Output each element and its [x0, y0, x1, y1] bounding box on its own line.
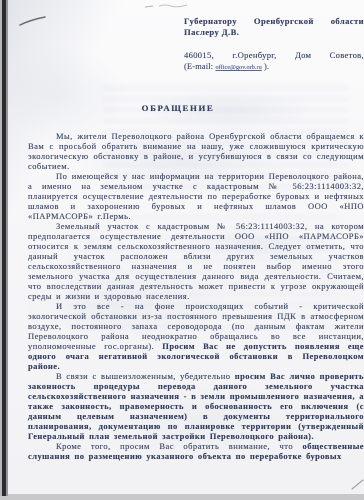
email-address: office@gov.orb.ru — [216, 64, 262, 71]
paragraph: Мы, жители Переволоцкого района Оренбург… — [28, 131, 364, 171]
paragraph-text-run: Мы, жители Переволоцкого района Оренбург… — [28, 131, 364, 171]
pen-mark-bottom-right — [350, 477, 364, 491]
document-page: Губернатору Оренбургской области Паслеру… — [8, 0, 364, 494]
paragraph: Кроме того, просим Вас обратить внимание… — [28, 441, 364, 461]
recipient-address: 460015, г.Оренбург, Дом Советов, — [184, 50, 364, 61]
paragraph: По имеющейся у нас информации на террито… — [28, 171, 364, 221]
handwritten-pen-stroke — [18, 13, 48, 29]
scanned-letter: Губернатору Оренбургской области Паслеру… — [0, 0, 364, 500]
recipient-email-line: (E-mail: office@gov.orb.ru ). — [184, 61, 364, 73]
recipient-title: Губернатору Оренбургской области — [184, 16, 364, 27]
page-title: ОБРАЩЕНИЕ — [28, 103, 328, 113]
paragraph-bold-run: просим Вас лично проверить законность пр… — [28, 371, 364, 441]
scan-edge-left — [0, 0, 8, 496]
document-body: Мы, жители Переволоцкого района Оренбург… — [28, 131, 364, 461]
paragraph-text-run: По имеющейся у нас информации на террито… — [28, 171, 364, 221]
recipient-name: Паслеру Д.В. — [184, 27, 364, 38]
pencil-marks — [143, 1, 191, 11]
paragraph-text-run: Кроме того, просим Вас обратить внимание… — [56, 441, 303, 451]
paragraph: В связи с вышеизложенным, убедительно пр… — [28, 371, 364, 441]
paragraph-text-run: В связи с вышеизложенным, убедительно — [56, 371, 235, 381]
paragraph-text-run: Земельный участок с кадастровым № 56:23:… — [28, 221, 364, 301]
recipient-block: Губернатору Оренбургской области Паслеру… — [184, 16, 364, 73]
paragraph: И это все - на фоне происходящих событий… — [28, 301, 364, 371]
paragraph: Земельный участок с кадастровым № 56:23:… — [28, 221, 364, 301]
email-prefix: (E-mail: — [184, 62, 216, 71]
email-suffix: ). — [262, 62, 270, 71]
